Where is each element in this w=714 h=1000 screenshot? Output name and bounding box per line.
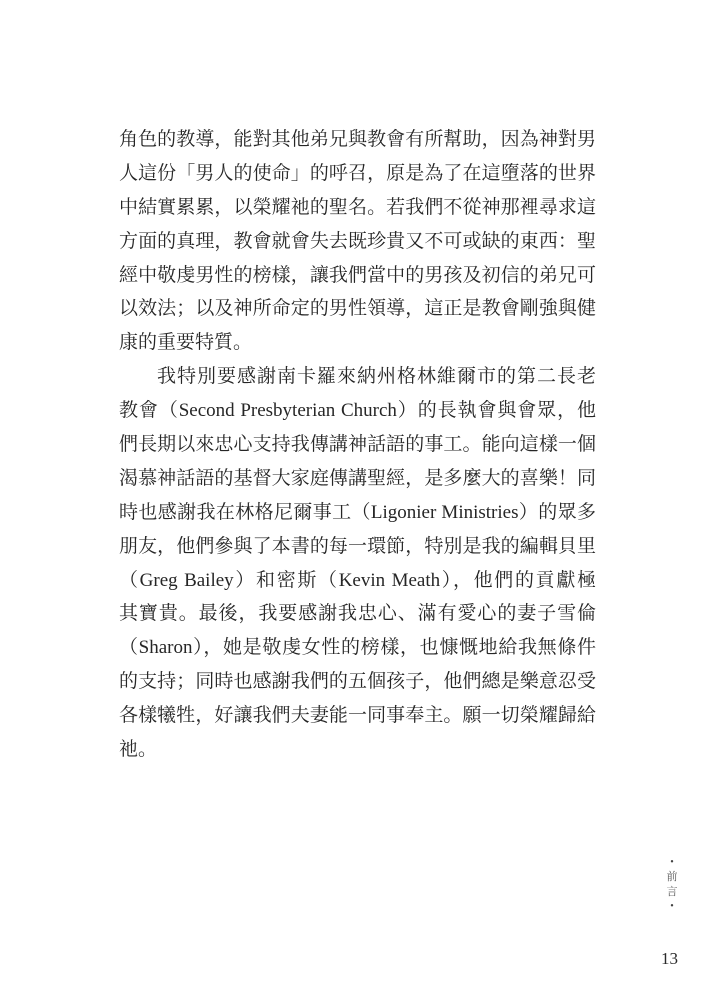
text-line: 角色的教導，能對其他弟兄與教會有所幫助，因為神對男 [119,123,596,157]
text-line: 各樣犧牲，好讓我們夫妻能一同事奉主。願一切榮耀歸給 [119,699,596,733]
text-line: 們長期以來忠心支持我傳講神話語的事工。能向這樣一個 [119,428,596,462]
text-line: 渴慕神話語的基督大家庭傳講聖經，是多麼大的喜樂！同 [119,462,596,496]
section-marker-char: 言 [667,885,678,900]
section-marker: • 前 言 • [664,856,680,914]
text-line: 我特別要感謝南卡羅來納州格林維爾市的第二長老 [119,360,596,394]
text-line: 其寶貴。最後，我要感謝我忠心、滿有愛心的妻子雪倫 [119,597,596,631]
text-line: 中結實累累，以榮耀祂的聖名。若我們不從神那裡尋求這 [119,191,596,225]
section-marker-char: 前 [667,870,678,885]
book-page: 角色的教導，能對其他弟兄與教會有所幫助，因為神對男 人這份「男人的使命」的呼召，… [0,0,714,1000]
text-line: （Sharon），她是敬虔女性的榜樣，也慷慨地給我無條件 [119,631,596,665]
text-line: 康的重要特質。 [119,326,596,360]
text-line: 經中敬虔男性的榜樣，讓我們當中的男孩及初信的弟兄可 [119,259,596,293]
body-text: 角色的教導，能對其他弟兄與教會有所幫助，因為神對男 人這份「男人的使命」的呼召，… [119,123,596,767]
paragraph-2: 我特別要感謝南卡羅來納州格林維爾市的第二長老 教會（Second Presbyt… [119,360,596,767]
text-line: 以效法；以及神所命定的男性領導，這正是教會剛強與健 [119,292,596,326]
bullet-dot-icon: • [670,900,674,914]
text-line: 人這份「男人的使命」的呼召，原是為了在這墮落的世界 [119,157,596,191]
page-number: 13 [661,948,678,970]
text-line: 時也感謝我在林格尼爾事工（Ligonier Ministries）的眾多 [119,496,596,530]
paragraph-1: 角色的教導，能對其他弟兄與教會有所幫助，因為神對男 人這份「男人的使命」的呼召，… [119,123,596,360]
text-line: 方面的真理，教會就會失去既珍貴又不可或缺的東西：聖 [119,225,596,259]
text-line: 朋友，他們參與了本書的每一環節，特別是我的編輯貝里 [119,530,596,564]
text-line: 的支持；同時也感謝我們的五個孩子，他們總是樂意忍受 [119,665,596,699]
text-line: （Greg Bailey）和密斯（Kevin Meath），他們的貢獻極 [119,564,596,598]
text-line: 教會（Second Presbyterian Church）的長執會與會眾，他 [119,394,596,428]
text-line: 祂。 [119,733,596,767]
bullet-dot-icon: • [670,856,674,870]
